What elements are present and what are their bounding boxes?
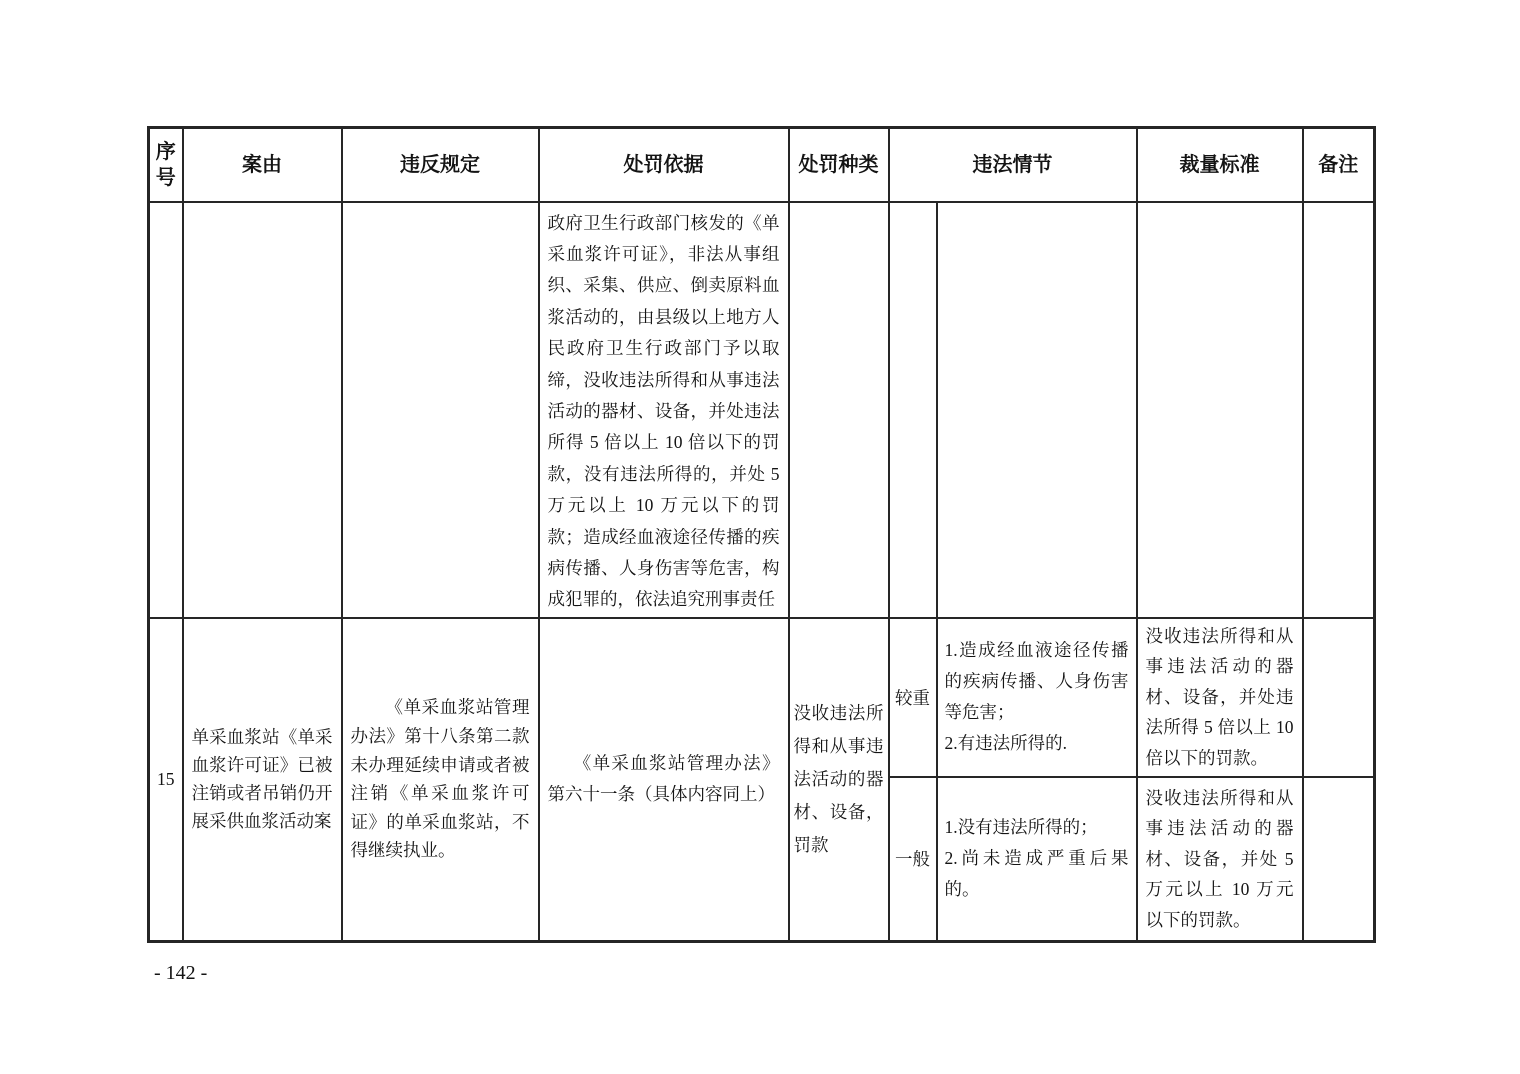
document-page: 序号 案由 违反规定 处罚依据 处罚种类 违法情节 裁量标准 备注 政府卫生行政…: [0, 0, 1520, 1074]
cailiang-severe-text: 没收违法所得和从事违法活动的器材、设备，并处违法所得 5 倍以上 10 倍以下的…: [1146, 621, 1294, 774]
header-cailiang-biaozhun: 裁量标准: [1137, 128, 1303, 202]
cailiang-general-text: 没收违法所得和从事违法活动的器材、设备，并处 5 万元以上 10 万元以下的罚款…: [1146, 783, 1294, 936]
chufa-yiju-text: 《单采血浆站管理办法》第六十一条（具体内容同上）: [548, 748, 780, 810]
cell-qingjie-general: 1.没有违法所得的； 2.尚未造成严重后果的。: [937, 777, 1137, 942]
header-chufa-zhonglei: 处罚种类: [789, 128, 889, 202]
page-number: - 142 -: [154, 962, 207, 985]
row-15-subrow-severe: 15 单采血浆站《单采血浆许可证》已被注销或者吊销仍开展采供血浆活动案 《单采血…: [149, 618, 1375, 777]
cell-cailiang-general: 没收违法所得和从事违法活动的器材、设备，并处 5 万元以上 10 万元以下的罚款…: [1137, 777, 1303, 942]
chufa-yiju-continued-text: 政府卫生行政部门核发的《单采血浆许可证》，非法从事组织、采集、供应、倒卖原料血浆…: [548, 208, 780, 616]
penalty-discretion-table: 序号 案由 违反规定 处罚依据 处罚种类 违法情节 裁量标准 备注 政府卫生行政…: [147, 126, 1376, 943]
cont-cell-weifan-empty: [342, 202, 539, 618]
chufa-zhonglei-text: 没收违法所得和从事违法活动的器材、设备，罚款: [794, 697, 884, 862]
cont-cell-qingjie-empty: [937, 202, 1137, 618]
table-header-row: 序号 案由 违反规定 处罚依据 处罚种类 违法情节 裁量标准 备注: [149, 128, 1375, 202]
cell-anyou-15: 单采血浆站《单采血浆许可证》已被注销或者吊销仍开展采供血浆活动案: [183, 618, 342, 942]
cell-level-severe: 较重: [889, 618, 937, 777]
cell-beizhu-severe-empty: [1303, 618, 1375, 777]
cell-cailiang-severe: 没收违法所得和从事违法活动的器材、设备，并处违法所得 5 倍以上 10 倍以下的…: [1137, 618, 1303, 777]
header-chufa-yiju: 处罚依据: [539, 128, 789, 202]
cont-cell-xuhao-empty: [149, 202, 183, 618]
cell-chufa-yiju-15: 《单采血浆站管理办法》第六十一条（具体内容同上）: [539, 618, 789, 942]
weifan-guiding-text: 《单采血浆站管理办法》第十八条第二款未办理延续申请或者被注销《单采血浆许可证》的…: [351, 693, 530, 865]
cont-cell-anyou-empty: [183, 202, 342, 618]
header-anyou: 案由: [183, 128, 342, 202]
header-weifan-guiding: 违反规定: [342, 128, 539, 202]
cont-cell-cailiang-empty: [1137, 202, 1303, 618]
continuation-row: 政府卫生行政部门核发的《单采血浆许可证》，非法从事组织、采集、供应、倒卖原料血浆…: [149, 202, 1375, 618]
header-xuhao: 序号: [149, 128, 183, 202]
cell-qingjie-severe: 1.造成经血液途径传播的疾病传播、人身伤害等危害； 2.有违法所得的.: [937, 618, 1137, 777]
cell-level-general: 一般: [889, 777, 937, 942]
cell-weifan-guiding-15: 《单采血浆站管理办法》第十八条第二款未办理延续申请或者被注销《单采血浆许可证》的…: [342, 618, 539, 942]
header-beizhu: 备注: [1303, 128, 1375, 202]
cell-xuhao-15: 15: [149, 618, 183, 942]
cont-cell-level-empty: [889, 202, 937, 618]
cont-cell-chufa-yiju: 政府卫生行政部门核发的《单采血浆许可证》，非法从事组织、采集、供应、倒卖原料血浆…: [539, 202, 789, 618]
cont-cell-beizhu-empty: [1303, 202, 1375, 618]
qingjie-general-text: 1.没有违法所得的； 2.尚未造成严重后果的。: [945, 812, 1129, 905]
cell-beizhu-general-empty: [1303, 777, 1375, 942]
cell-chufa-zhonglei-15: 没收违法所得和从事违法活动的器材、设备，罚款: [789, 618, 889, 942]
header-weifa-qingjie: 违法情节: [889, 128, 1137, 202]
cont-cell-chufa-zhonglei-empty: [789, 202, 889, 618]
anyou-text: 单采血浆站《单采血浆许可证》已被注销或者吊销仍开展采供血浆活动案: [192, 723, 333, 835]
qingjie-severe-text: 1.造成经血液途径传播的疾病传播、人身伤害等危害； 2.有违法所得的.: [945, 635, 1129, 759]
